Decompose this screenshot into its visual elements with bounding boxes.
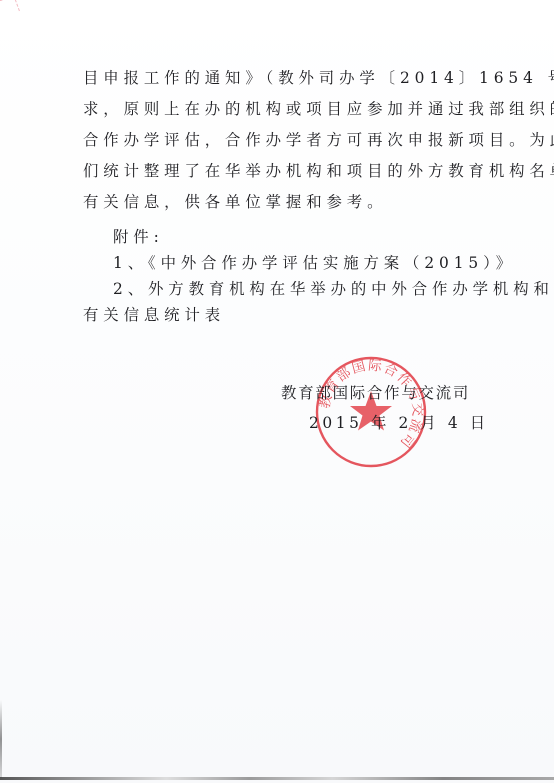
- attachments-heading: 附件:: [83, 224, 483, 250]
- body-line: 们统计整理了在华举办机构和项目的外方教育机构名单及: [83, 156, 475, 187]
- document-page: 目申报工作的通知》（教外司办学〔2014〕1654 号）有关要 求，原则上在办的…: [0, 0, 554, 783]
- body-line: 目申报工作的通知》（教外司办学〔2014〕1654 号）有关要: [83, 63, 475, 94]
- scan-corner-mark: [0, 0, 20, 16]
- body-line: 合作办学评估，合作办学者方可再次申报新项目。为此，我: [83, 125, 475, 156]
- scan-edge-bottom: [0, 777, 554, 780]
- body-line: 求，原则上在办的机构或项目应参加并通过我部组织的中外: [83, 94, 475, 125]
- signature-block: 教育部国际合作与交流司 2015 年 2 月 4 日: [281, 378, 489, 438]
- issue-date: 2015 年 2 月 4 日: [281, 408, 489, 438]
- body-paragraph: 目申报工作的通知》（教外司办学〔2014〕1654 号）有关要 求，原则上在办的…: [83, 63, 475, 218]
- scan-edge-left: [0, 700, 2, 778]
- attachment-item-1: 1、《中外合作办学评估实施方案（2015）》: [83, 250, 483, 276]
- body-line: 有关信息，供各单位掌握和参考。: [83, 187, 475, 218]
- attachment-item-2-continued: 有关信息统计表: [83, 302, 483, 328]
- issuer-name: 教育部国际合作与交流司: [281, 378, 489, 408]
- attachment-item-2: 2、外方教育机构在华举办的中外合作办学机构和项目: [83, 276, 483, 302]
- attachments-section: 附件: 1、《中外合作办学评估实施方案（2015）》 2、外方教育机构在华举办的…: [83, 224, 483, 328]
